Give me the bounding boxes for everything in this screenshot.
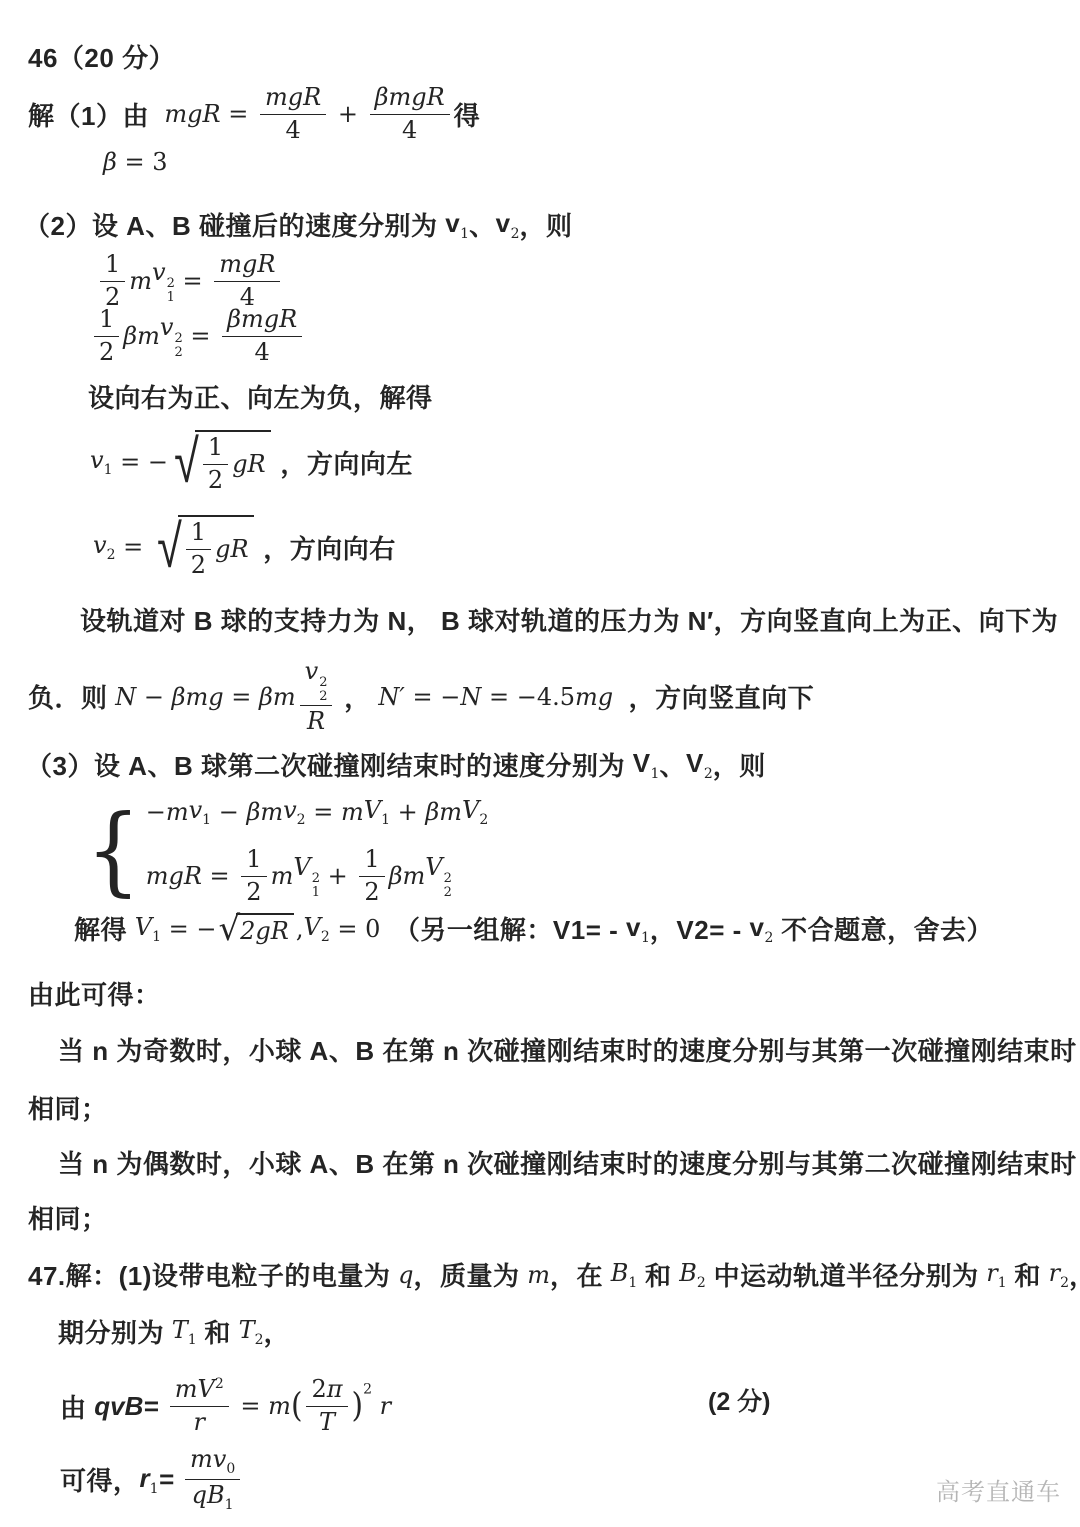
math-run: = − xyxy=(112,448,167,476)
math-run: , xyxy=(296,915,304,943)
subscripted-symbol: v2 xyxy=(496,208,520,242)
text-run: 设向右为正、向左为负，解得 xyxy=(88,378,433,415)
math-run: m xyxy=(341,798,364,826)
math-run: βmgR xyxy=(375,83,445,111)
text-run: 期分别为 xyxy=(58,1313,172,1350)
math-run: = xyxy=(159,1464,181,1495)
sub-sup-symbol: V22 xyxy=(425,853,452,899)
text-run: ， xyxy=(264,1313,291,1350)
line-v2-result: v2 = √12gR ，方向向右 xyxy=(93,515,396,579)
math-run: gR xyxy=(232,450,265,478)
equation-system: {−mv1 − βmv2 = mV1 + βmV2mgR = 12mV21 + … xyxy=(86,796,488,906)
math-run: m xyxy=(268,1392,291,1420)
math-run: = 0 xyxy=(330,915,381,943)
text-run: （另一组解：V1= - xyxy=(380,910,626,947)
text-run: 和 xyxy=(1007,1256,1049,1293)
text-run: 设轨道对 B 球的支持力为 N， B 球对轨道的压力为 N′，方向竖直向上为正、… xyxy=(80,601,1058,638)
math-run: 2 xyxy=(208,466,223,494)
fraction: 12 xyxy=(94,306,119,366)
subscripted-symbol: V2 xyxy=(304,913,330,945)
text-run: 46（20 分） xyxy=(28,38,175,75)
math-run: 1 xyxy=(99,305,114,333)
math-run: N xyxy=(115,683,136,711)
subscripted-symbol: v2 xyxy=(93,531,115,563)
sqrt-radical: √12gR xyxy=(170,430,271,494)
text-run: 不合题意，舍去） xyxy=(773,910,993,947)
line-eq-system: {−mv1 − βmv2 = mV1 + βmV2mgR = 12mV21 + … xyxy=(86,796,488,906)
line-q47-intro: 47.解：(1)设带电粒子的电量为 q，质量为 m，在 B1 和 B2 中运动轨… xyxy=(28,1256,1080,1293)
text-run: ， xyxy=(336,678,378,715)
math-run: = xyxy=(306,798,341,826)
text-run: 、 xyxy=(469,206,496,243)
math-run: N xyxy=(460,683,481,711)
math-run: T xyxy=(319,1408,335,1436)
radical-icon: √ xyxy=(157,517,182,577)
subscripted-symbol: v1 xyxy=(189,796,211,828)
sub-sup-symbol: v21 xyxy=(152,258,175,304)
text-run: 47.解：(1)设带电粒子的电量为 xyxy=(28,1256,398,1293)
subscripted-symbol: r2 xyxy=(1049,1259,1069,1291)
subscripted-symbol: v1 xyxy=(90,446,112,478)
fraction: 12 xyxy=(359,846,384,906)
math-run: R xyxy=(307,707,325,735)
sub-sup-symbol: V21 xyxy=(293,853,320,899)
math-run: = xyxy=(202,862,237,890)
math-run: = xyxy=(183,322,218,350)
math-run: + xyxy=(390,798,425,826)
math-run: q xyxy=(192,1481,207,1509)
math-run: r xyxy=(194,1408,205,1436)
text-run: 负．则 xyxy=(28,678,115,715)
text-run: 和 xyxy=(637,1256,679,1293)
text-run: ，质量为 xyxy=(414,1256,528,1293)
math-run: βm xyxy=(425,798,462,826)
subscripted-symbol: B1 xyxy=(207,1491,234,1507)
line-even-case: 当 n 为偶数时，小球 A、B 在第 n 次碰撞刚结束时的速度分别与其第二次碰撞… xyxy=(58,1144,1077,1181)
line-part3-intro: （3）设 A、B 球第二次碰撞刚结束时的速度分别为 V1、V2，则 xyxy=(26,746,766,783)
math-run: + xyxy=(330,100,365,128)
subscripted-symbol: B1 xyxy=(611,1259,638,1291)
line-q47-eq: 由 qvB= mV2r = m(2πT)2 r xyxy=(60,1376,391,1436)
math-run: m xyxy=(166,798,189,826)
subscripted-symbol: r1 xyxy=(140,1463,159,1497)
fraction: βmgR4 xyxy=(222,306,302,366)
math-run: = − xyxy=(405,683,460,711)
fraction: βmgR4 xyxy=(370,84,450,144)
subscripted-symbol: V2 xyxy=(462,796,488,828)
math-run: mg xyxy=(575,683,613,711)
math-run: 1 xyxy=(364,845,379,873)
math-run: mgR xyxy=(265,83,321,111)
line-conclusion-intro: 由此可得： xyxy=(28,975,161,1012)
math-run: βm xyxy=(123,322,160,350)
text-run: ，周 xyxy=(1069,1256,1080,1293)
system-equation: mgR = 12mV21 + 12βmV22 xyxy=(146,846,489,906)
line-same-1: 相同； xyxy=(28,1089,108,1126)
subscripted-symbol: T1 xyxy=(172,1316,197,1348)
line-part2-intro: （2）设 A、B 碰撞后的速度分别为 v1、v2，则 xyxy=(24,206,573,243)
subscripted-symbol: T2 xyxy=(239,1316,264,1348)
math-run: − xyxy=(136,683,171,711)
subscripted-symbol: V1 xyxy=(135,913,161,945)
math-run: mgR xyxy=(219,250,275,278)
math-run: 2 xyxy=(364,878,379,906)
text-run: 当 n 为偶数时，小球 A、B 在第 n 次碰撞刚结束时的速度分别与其第二次碰撞… xyxy=(58,1144,1077,1181)
math-run: 2gR xyxy=(240,917,289,945)
text-run: ，方向向右 xyxy=(256,529,396,566)
subscripted-symbol: V1 xyxy=(364,796,390,828)
math-run: m xyxy=(271,862,294,890)
math-run: = xyxy=(175,267,210,295)
text-run: ，方向竖直向下 xyxy=(613,678,814,715)
text-run: ，方向向左 xyxy=(273,444,413,481)
score-note: (2 分) xyxy=(708,1382,771,1418)
math-run: π xyxy=(327,1375,343,1403)
math-run: βm xyxy=(246,798,283,826)
subscripted-symbol: v1 xyxy=(445,208,469,242)
sqrt-radical: √12gR xyxy=(153,515,254,579)
text-run: ，V2= - xyxy=(650,910,750,947)
text-run: （2）设 A、B 碰撞后的速度分别为 xyxy=(24,206,445,243)
fraction: 2πT xyxy=(306,1376,347,1436)
math-run: qvB xyxy=(94,1391,143,1422)
math-run: 2 xyxy=(246,878,261,906)
line-force-intro: 设轨道对 B 球的支持力为 N， B 球对轨道的压力为 N′，方向竖直向上为正、… xyxy=(80,601,1058,638)
text-run: 中运动轨道半径分别为 xyxy=(706,1256,986,1293)
line-q47-r1: 可得，r1= mv0qB1 xyxy=(60,1446,244,1513)
sqrt-radical: √2gR xyxy=(218,912,293,946)
text-run: 由此可得： xyxy=(28,975,161,1012)
math-run: − xyxy=(146,798,166,826)
line-same-2: 相同； xyxy=(28,1199,108,1236)
text-run: 当 n 为奇数时，小球 A、B 在第 n 次碰撞刚结束时的速度分别与其第一次碰撞… xyxy=(58,1031,1077,1068)
math-run: − xyxy=(211,798,246,826)
text-run: 由 xyxy=(60,1388,94,1425)
subscripted-symbol: v2 xyxy=(749,912,773,946)
fraction: mgR4 xyxy=(214,251,280,311)
math-run: = xyxy=(221,100,256,128)
text-run: 和 xyxy=(197,1313,239,1350)
line-odd-case: 当 n 为奇数时，小球 A、B 在第 n 次碰撞刚结束时的速度分别与其第一次碰撞… xyxy=(58,1031,1077,1068)
math-run: 2 xyxy=(191,551,206,579)
fraction: 12 xyxy=(100,251,125,311)
radical-icon: √ xyxy=(174,432,199,492)
subscripted-symbol: B2 xyxy=(679,1259,706,1291)
line-force-eq: 负．则 N − βmg = βmv22R ， N′ = −N = −4.5mg … xyxy=(28,658,814,736)
superscripted-symbol: 2 xyxy=(215,1385,224,1401)
math-run: = −4.5 xyxy=(481,683,575,711)
line-beta-result: β = 3 xyxy=(103,148,168,176)
fraction: 12 xyxy=(186,519,211,579)
text-run: 相同； xyxy=(28,1199,108,1236)
math-run: mgR xyxy=(146,862,202,890)
math-run: 1 xyxy=(105,250,120,278)
math-run: 2 xyxy=(311,1375,326,1403)
text-run: 、 xyxy=(659,746,686,783)
math-run: = xyxy=(115,533,150,561)
math-run: βmg xyxy=(172,683,224,711)
fraction: v22R xyxy=(300,658,333,736)
text-run: （3）设 A、B 球第二次碰撞刚结束时的速度分别为 xyxy=(26,746,633,783)
subscripted-symbol: v1 xyxy=(626,912,650,946)
line-q47-intro2: 期分别为 T1 和 T2， xyxy=(58,1313,290,1350)
text-run: ，在 xyxy=(550,1256,611,1293)
math-run: m xyxy=(190,1445,213,1473)
sub-sup-symbol: v22 xyxy=(160,313,183,359)
text-run: 解（1）由 xyxy=(28,96,164,133)
math-run: 2 xyxy=(99,338,114,366)
line-v1-result: v1 = −√12gR ，方向向左 xyxy=(90,430,413,494)
math-run: β xyxy=(103,148,117,176)
math-run: + xyxy=(320,862,355,890)
fraction: mV2r xyxy=(170,1376,229,1436)
math-run: mV xyxy=(175,1375,215,1403)
math-run: = − xyxy=(161,915,216,943)
math-run: βm xyxy=(389,862,426,890)
math-run: 1 xyxy=(246,845,261,873)
math-run: 4 xyxy=(255,338,270,366)
text-run: 得 xyxy=(454,96,481,133)
system-equation: −mv1 − βmv2 = mV1 + βmV2 xyxy=(146,796,489,828)
system-brace-icon: { xyxy=(86,803,141,899)
math-run: βmgR xyxy=(227,305,297,333)
fraction: mv0qB1 xyxy=(185,1446,240,1513)
math-run: = 3 xyxy=(117,148,168,176)
math-run: gR xyxy=(215,535,248,563)
text-run: ，则 xyxy=(713,746,766,783)
line-q46-header: 46（20 分） xyxy=(28,38,175,75)
math-run: βm xyxy=(259,683,296,711)
math-run: q xyxy=(398,1261,413,1289)
line-sign-convention: 设向右为正、向左为负，解得 xyxy=(88,378,433,415)
text-run: 可得， xyxy=(60,1461,140,1498)
math-run: r xyxy=(372,1392,391,1420)
line-eq-kinetic-2: 12βmv22 = βmgR4 xyxy=(90,306,306,366)
parenthesized-group: (2πT)2 xyxy=(291,1376,372,1436)
math-run: 1 xyxy=(191,518,206,546)
watermark: 高考直通车 xyxy=(936,1472,1061,1507)
text-run: 解得 xyxy=(74,910,135,947)
fraction: mgR4 xyxy=(260,84,326,144)
math-run: m xyxy=(527,1261,550,1289)
line-sol46-step1: 解（1）由 mgR = mgR4 + βmgR4得 xyxy=(28,84,480,144)
math-run: = xyxy=(224,683,259,711)
document-page: 46（20 分） 解（1）由 mgR = mgR4 + βmgR4得 β = 3… xyxy=(0,0,1080,1527)
fraction: 12 xyxy=(241,846,266,906)
math-run: = xyxy=(233,1392,268,1420)
subscripted-symbol: r1 xyxy=(986,1259,1006,1291)
math-run: N′ xyxy=(378,683,404,711)
subscripted-symbol: v2 xyxy=(283,796,305,828)
line-solve: 解得 V1 = −√2gR,V2 = 0 （另一组解：V1= - v1，V2= … xyxy=(74,910,993,947)
math-run: m xyxy=(129,267,152,295)
subscripted-symbol: V1 xyxy=(633,748,660,782)
subscripted-symbol: V2 xyxy=(686,748,713,782)
math-run: mgR xyxy=(164,100,220,128)
close-paren: ) xyxy=(352,1389,364,1423)
open-paren: ( xyxy=(291,1389,303,1423)
sub-sup-symbol: v22 xyxy=(305,667,328,683)
math-run: 4 xyxy=(402,116,417,144)
subscripted-symbol: v0 xyxy=(213,1455,235,1471)
math-run: 1 xyxy=(208,433,223,461)
math-run: 4 xyxy=(285,116,300,144)
line-eq-kinetic-1: 12mv21 = mgR4 xyxy=(96,251,284,311)
text-run: 相同； xyxy=(28,1089,108,1126)
text-run: ，则 xyxy=(519,206,572,243)
math-run: = xyxy=(143,1391,165,1422)
fraction: 12 xyxy=(203,434,228,494)
